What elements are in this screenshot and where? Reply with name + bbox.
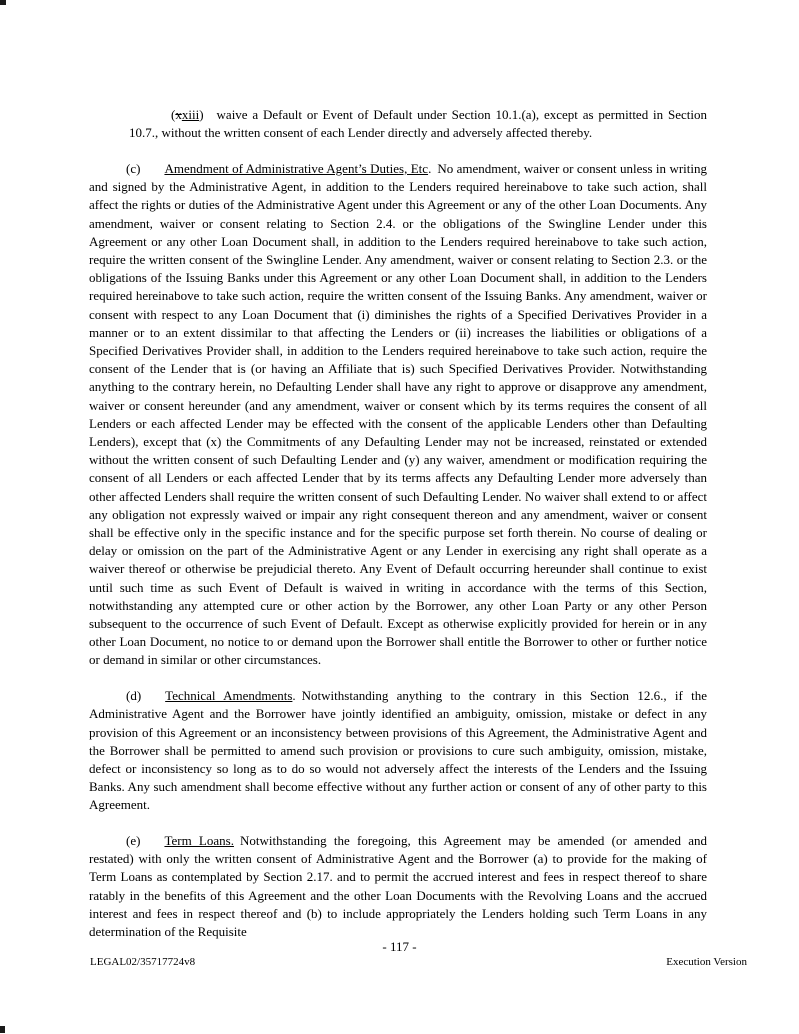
clause-text: waive a Default or Event of Default unde… — [129, 107, 707, 140]
paragraph-c: (c)Amendment of Administrative Agent’s D… — [89, 160, 707, 670]
paragraph-e-body: Notwithstanding the foregoing, this Agre… — [89, 833, 707, 939]
paragraph-e: (e)Term Loans.Notwithstanding the forego… — [89, 832, 707, 941]
paragraph-d-body: Notwithstanding anything to the contrary… — [89, 688, 707, 812]
footer-version-label: Execution Version — [666, 956, 747, 968]
scan-artifact-top-left — [0, 0, 6, 5]
clause-inserted-text: xiii — [182, 107, 199, 122]
footer-document-id: LEGAL02/35717724v8 — [90, 956, 195, 968]
paragraph-c-heading: Amendment of Administrative Agent’s Duti… — [164, 161, 428, 176]
paragraph-c-label: (c) — [126, 161, 140, 176]
paragraph-d-heading-period: . — [292, 688, 295, 703]
clause-paren-close: ) — [199, 107, 203, 122]
paragraph-d-label: (d) — [126, 688, 141, 703]
paragraph-d: (d)Technical Amendments.Notwithstanding … — [89, 687, 707, 814]
clause-xxiii: (xxiii)waive a Default or Event of Defau… — [129, 106, 707, 142]
paragraph-d-heading: Technical Amendments — [165, 688, 292, 703]
page-number: - 117 - — [0, 939, 799, 955]
paragraph-c-body: No amendment, waiver or consent unless i… — [89, 161, 707, 667]
paragraph-e-heading: Term Loans. — [164, 833, 234, 848]
paragraph-c-heading-period: . — [428, 161, 431, 176]
document-page: (xxiii)waive a Default or Event of Defau… — [0, 0, 799, 1034]
scan-artifact-bottom-left — [0, 1026, 5, 1033]
paragraph-e-label: (e) — [126, 833, 140, 848]
page-body: (xxiii)waive a Default or Event of Defau… — [89, 106, 707, 959]
